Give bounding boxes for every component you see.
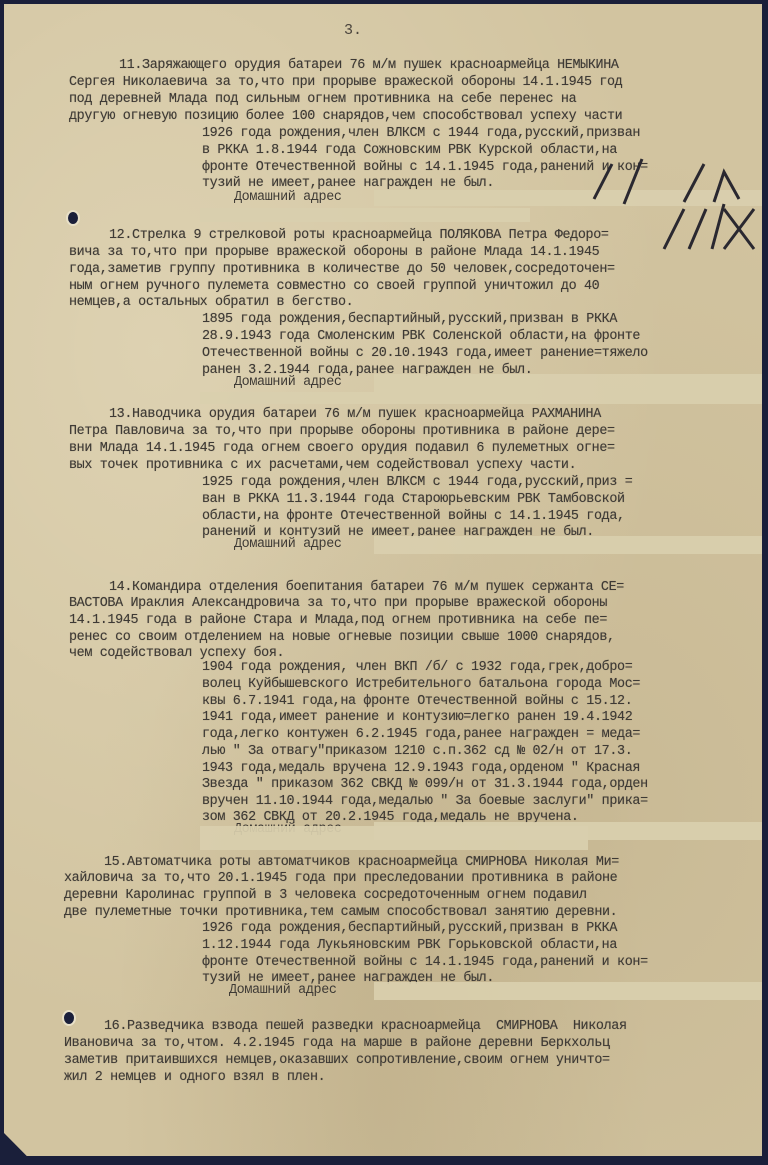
redacted-strip xyxy=(200,392,762,404)
entry-line: 12.Стрелка 9 стрелковой роты красноармей… xyxy=(109,228,609,244)
bio-line: фронте Отечественной войны с 14.1.1945 г… xyxy=(202,955,648,971)
bio-line: 1941 года,имеет ранение и контузию=легко… xyxy=(202,710,632,726)
entry-line: две пулеметные точки противника,тем самы… xyxy=(64,905,617,921)
bio-line: волец Куйбышевского Истребительного бата… xyxy=(202,677,640,693)
entry-line: вых точек противника с их расчетами,чем … xyxy=(69,458,576,474)
entry-line: 11.Заряжающего орудия батареи 76 м/м пуш… xyxy=(119,58,619,74)
bio-line: лью " За отвагу"приказом 1210 с.п.362 сд… xyxy=(202,744,632,760)
bio-line: 28.9.1943 года Смоленским РВК Соленской … xyxy=(202,329,640,345)
bio-line: Звезда " приказом 362 СВКД № 099/н от 31… xyxy=(202,777,648,793)
entry-line: Петра Павловича за то,что при прорыве об… xyxy=(69,424,615,440)
entry-line: ным огнем ручного пулемета совместно со … xyxy=(69,279,599,295)
bio-line: 1926 года рождения,член ВЛКСМ с 1944 год… xyxy=(202,126,640,142)
entry-line: под деревней Млада под сильным огнем про… xyxy=(69,92,576,108)
entry-line: немцев,а остальных обратил в бегство. xyxy=(69,295,353,311)
page-number: 3. xyxy=(344,22,362,39)
entry-line: Сергея Николаевича за то,что при прорыве… xyxy=(69,75,622,91)
home-address-label: Домашний адрес xyxy=(229,983,337,998)
home-address-label: Домашний адрес xyxy=(234,375,342,390)
redacted-address xyxy=(374,374,762,392)
bio-line: 1.12.1944 года Лукьяновским РВК Горьковс… xyxy=(202,938,617,954)
entry-line: 15.Автоматчика роты автоматчиков красноа… xyxy=(104,855,619,871)
redacted-address xyxy=(374,982,762,1000)
bio-line: квы 6.7.1941 года,на фронте Отечественно… xyxy=(202,694,632,710)
entry-line: 14.Командира отделения боепитания батаре… xyxy=(109,580,624,596)
bio-line: 1895 года рождения,беспартийный,русский,… xyxy=(202,312,617,328)
redacted-strip xyxy=(200,826,588,850)
entry-line: ВАСТОВА Ираклия Александровича за то,что… xyxy=(69,596,607,612)
bio-line: 1904 года рождения, член ВКП /б/ с 1932 … xyxy=(202,660,632,676)
bio-line: 1925 года рождения,член ВЛКСМ с 1944 год… xyxy=(202,475,632,491)
entry-line: деревни Каролинас группой в 3 человека с… xyxy=(64,888,587,904)
home-address-label: Домашний адрес xyxy=(234,190,342,205)
entry-line: жил 2 немцев и одного взял в плен. xyxy=(64,1070,325,1086)
bio-line: года,легко контужен 6.2.1945 года,ранее … xyxy=(202,727,640,743)
bio-line: Отечественной войны с 20.10.1943 года,им… xyxy=(202,346,648,362)
entry-line: другую огневую позицию более 100 снарядо… xyxy=(69,109,622,125)
document-page: 3. 11.Заряжающего орудия батареи 76 м/м … xyxy=(4,4,762,1156)
entry-line: ренес со своим отделением на новые огнев… xyxy=(69,630,615,646)
redacted-address xyxy=(374,536,762,554)
entry-line: 13.Наводчика орудия батареи 76 м/м пушек… xyxy=(109,407,601,423)
entry-line: вича за то,что при прорыве вражеской обо… xyxy=(69,245,599,261)
entry-line: заметив притаившихся немцев,оказавших со… xyxy=(64,1053,610,1069)
bio-line: вручен 11.10.1944 года,медалью " За боев… xyxy=(202,794,648,810)
entry-line: вни Млада 14.1.1945 года огнем своего ор… xyxy=(69,441,615,457)
bio-line: 1943 года,медаль вручена 12.9.1943 года,… xyxy=(202,761,640,777)
punch-hole xyxy=(66,210,80,226)
entry-line: 14.1.1945 года в районе Стара и Млада,по… xyxy=(69,613,607,629)
home-address-label: Домашний адрес xyxy=(234,537,342,552)
redacted-strip xyxy=(200,208,530,222)
entry-line: Ивановича за то,чтом. 4.2.1945 года на м… xyxy=(64,1036,610,1052)
bio-line: области,на фронте Отечественной войны с … xyxy=(202,509,625,525)
entry-line: хайловича за то,что 20.1.1945 года при п… xyxy=(64,871,617,887)
entry-line: года,заметив группу противника в количес… xyxy=(69,262,615,278)
entry-line: 16.Разведчика взвода пешей разведки крас… xyxy=(104,1019,627,1035)
punch-hole xyxy=(62,1010,76,1026)
bio-line: 1926 года рождения,беспартийный,русский,… xyxy=(202,921,617,937)
bio-line: ван в РККА 11.3.1944 года Староюрьевским… xyxy=(202,492,625,508)
handwritten-signature-icon xyxy=(564,154,764,254)
bio-line: в РККА 1.8.1944 года Сожновским РВК Курс… xyxy=(202,143,617,159)
